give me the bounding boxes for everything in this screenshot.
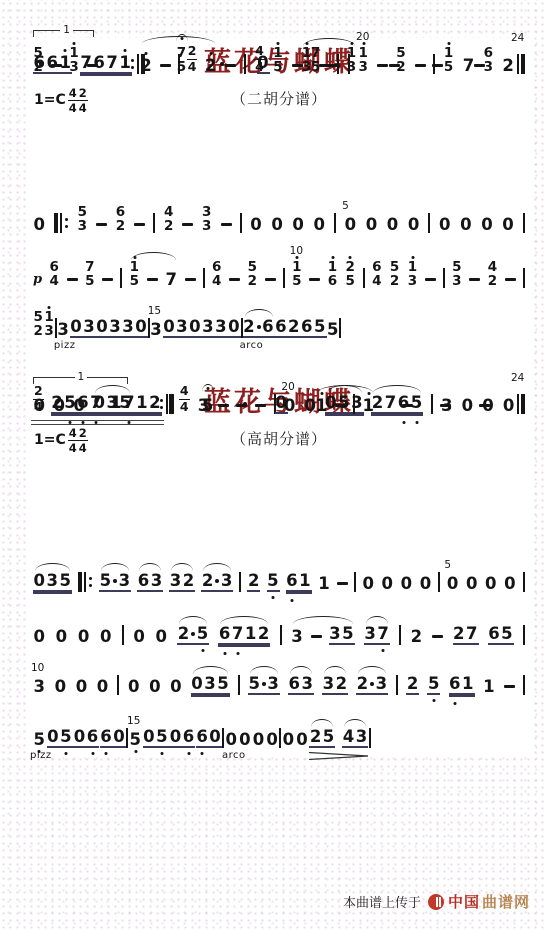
stack-bottom: 2 [163, 220, 174, 234]
note: 035 [33, 572, 72, 592]
note: 0 [170, 678, 183, 695]
note: 25 [309, 728, 335, 748]
note-digit: 0 [77, 628, 90, 645]
note-digit: 5 [119, 394, 132, 411]
slur-group: 11 [315, 394, 375, 414]
note-digit: 0 [465, 575, 478, 592]
note-row: 035 [33, 572, 72, 592]
note: 0 [502, 216, 515, 233]
note: 0 [365, 216, 378, 233]
note-digit: 0 [55, 628, 68, 645]
barline [337, 54, 339, 74]
bar-stroke [369, 728, 371, 748]
part-label: （高胡分谱） [34, 428, 524, 449]
note-row: 0 [365, 216, 378, 233]
slur-group: 035 [191, 675, 230, 695]
note: 60 [100, 728, 126, 748]
note: 16 [327, 261, 338, 288]
note: 53 [248, 675, 280, 695]
barline [203, 268, 205, 288]
note-row: 5 [327, 321, 340, 338]
repeat-dot [160, 406, 163, 409]
note-digit: 0 [386, 216, 399, 233]
note-digit: 3 [364, 625, 377, 642]
dash [335, 404, 346, 407]
bar-stroke [517, 54, 519, 74]
note-row: 0 [100, 628, 113, 645]
note-digit: 2 [247, 572, 260, 589]
note-row: 0 [239, 731, 252, 748]
note: 05 [143, 728, 169, 748]
note-row: 0 [439, 216, 452, 233]
note-digit: 6 [327, 275, 338, 289]
octave-dot-below [291, 599, 294, 602]
note-digit: 3 [150, 321, 163, 338]
note-digit: 5 [129, 731, 142, 748]
note: 1 [318, 575, 331, 592]
repeat-dot [131, 66, 134, 69]
note-row: 0 [53, 397, 66, 414]
dash [221, 223, 232, 226]
bar-stroke [337, 54, 339, 74]
note-digit: 3 [220, 572, 233, 589]
note: 13 [69, 47, 80, 74]
note-digit: 0 [70, 318, 83, 335]
note-digit: 5 [427, 675, 440, 692]
note-digit: 0 [502, 216, 515, 233]
note-digit: 0 [381, 575, 394, 592]
note-row: 0 [292, 216, 305, 233]
stack-bottom: 5 [129, 275, 140, 289]
bar-stroke [521, 394, 525, 414]
stack-bottom: 5 [85, 275, 96, 289]
dash [309, 278, 320, 281]
music-line: 0000002567123353722765 [33, 609, 525, 645]
stack-bottom: 4 [49, 275, 60, 289]
note-digit: 1 [318, 575, 331, 592]
stack-bottom: 3 [44, 325, 55, 339]
brand-name-rest: 曲谱网 [482, 891, 530, 912]
bar-stroke [117, 675, 119, 695]
note-digit: 0 [33, 216, 46, 233]
note-row: 3 [291, 628, 304, 645]
note: 15 [129, 261, 140, 288]
note: 30 [122, 318, 148, 338]
note-row: 0 [344, 216, 357, 233]
dash [311, 635, 322, 638]
note: 61 [449, 675, 475, 695]
note-digit: 3 [118, 572, 131, 589]
note: 0arco [225, 731, 238, 748]
bar-stroke [60, 213, 62, 233]
bar-stroke [339, 318, 341, 338]
note-row: 0 [446, 575, 459, 592]
note-row: 30 [215, 318, 241, 338]
note: 0 [257, 54, 270, 74]
slur-group: 1313 [301, 47, 357, 74]
note-digit: 6 [86, 728, 99, 745]
note: 32 [322, 675, 348, 695]
note-digit: 2 [335, 675, 348, 692]
octave-dot-above [349, 256, 352, 259]
slur-group: 25 [177, 625, 209, 645]
octave-dot-below [402, 421, 405, 424]
note-row: 5 [201, 397, 214, 414]
note: 0 [53, 397, 66, 414]
note: 6712 [218, 625, 270, 645]
bar-stroke [521, 54, 525, 74]
note-digit: 2 [182, 572, 195, 589]
note-digit: 3 [202, 318, 215, 335]
slur-group: 157 [129, 261, 178, 288]
note: 13 [44, 311, 55, 338]
note-row: 3 [57, 321, 70, 338]
note-digit: 6 [100, 728, 113, 745]
bar-stroke [84, 572, 86, 592]
note-digit: 3 [346, 61, 357, 75]
repeat-dot [89, 577, 92, 580]
note: 0 [127, 678, 140, 695]
dash [469, 278, 480, 281]
note-digit: 0 [135, 318, 148, 335]
dash [185, 278, 196, 281]
note-row: 0 [313, 216, 326, 233]
note-digit: 0 [155, 628, 168, 645]
note-digit: 2 [201, 572, 214, 589]
note-row: 0 [460, 216, 473, 233]
note-row: 0 [149, 678, 162, 695]
volta-label: 1 [60, 24, 73, 36]
bar-stroke [280, 625, 282, 645]
measure-number: 10 [290, 245, 303, 257]
dash [147, 278, 158, 281]
note: 62 [115, 206, 126, 233]
note-digit: 6 [288, 675, 301, 692]
barline [240, 213, 242, 233]
note: 23 [201, 572, 233, 592]
barline [120, 268, 122, 288]
note-digit: 0 [460, 216, 473, 233]
note-digit: 6 [196, 728, 209, 745]
note: 52 [389, 261, 400, 288]
note-digit: 3 [57, 321, 70, 338]
bar-stroke [523, 213, 525, 233]
note-row: 0 [170, 678, 183, 695]
note: 0 [275, 394, 288, 414]
note: 3 [291, 628, 304, 645]
note: 0 [386, 216, 399, 233]
note-row: 03 [189, 318, 215, 338]
score-erhu: 蓝花与蝴蝶 1=C 4424 （二胡分谱） 053624233000005000… [28, 38, 530, 378]
dash [182, 223, 193, 226]
note-digit: 0 [481, 216, 494, 233]
stack-bottom: 2 [487, 275, 498, 289]
bar-stroke [523, 572, 525, 592]
note: 5pizz [33, 731, 46, 748]
dash [96, 223, 107, 226]
octave-dot-above [367, 392, 370, 395]
note-digit: 2 [410, 628, 423, 645]
note-digit: 0 [266, 731, 279, 748]
note: 13 [407, 261, 418, 288]
bar-stroke [137, 54, 139, 74]
repeat-open [78, 572, 93, 592]
note-row: 23 [201, 572, 233, 592]
note-digit: 6 [449, 675, 462, 692]
score-paper: 蓝花与蝴蝶 1=C 4424 （二胡分谱） 053624233000005000… [28, 38, 530, 756]
note: 0 [439, 216, 452, 233]
note-digit: 5 [196, 625, 209, 642]
stack-bottom: 2 [33, 325, 44, 339]
note-digit: 0 [75, 678, 88, 695]
bar-stroke [239, 572, 241, 592]
note-digit: 0 [275, 394, 288, 411]
note: 0 [485, 575, 498, 592]
note: 26arco [243, 318, 275, 338]
note-digit: 5 [85, 275, 96, 289]
octave-dot-below [69, 421, 72, 424]
note-digit: 1 [315, 397, 328, 414]
note-row: 5 [129, 731, 142, 748]
repeat-dot [65, 218, 68, 221]
note-row: 37 [364, 625, 390, 645]
note: 0 [73, 397, 86, 414]
note-row: 035 [191, 675, 230, 695]
note-digit: 0 [170, 678, 183, 695]
bar-stroke [203, 268, 205, 288]
note-digit: 2 [487, 275, 498, 289]
note-row: 53 [248, 675, 280, 695]
note-digit: 5 [322, 728, 335, 745]
slur-group: 53 [248, 675, 280, 695]
note-row: 06 [169, 728, 195, 748]
note: 64 [372, 261, 383, 288]
barline [153, 213, 155, 233]
note-row: 3 [150, 321, 163, 338]
measure-number: 5 [342, 200, 349, 212]
note-row: 61 [449, 675, 475, 695]
note-digit: 0 [228, 318, 241, 335]
note-digit: 0 [73, 728, 86, 745]
measure-number: 24 [511, 32, 524, 44]
repeat-dots [89, 577, 92, 587]
note-digit: 0 [407, 216, 420, 233]
note: 0 [362, 575, 375, 592]
note-row: 0 [271, 216, 284, 233]
note-digit: 2 [406, 675, 419, 692]
note: 03 [163, 318, 189, 338]
octave-dot-above [73, 42, 76, 45]
note-digit: 3 [204, 675, 217, 692]
bar-stroke [363, 268, 365, 288]
bar-stroke [238, 675, 240, 695]
note: 03 [70, 318, 96, 338]
note-digit: 5 [342, 625, 355, 642]
note-digit: 3 [202, 220, 213, 234]
note-digit: 6 [218, 625, 231, 642]
dash [67, 278, 78, 281]
note-digit: 5 [217, 675, 230, 692]
stack-bottom: 2 [33, 61, 44, 75]
dash [389, 64, 400, 67]
note: 03 [189, 318, 215, 338]
note-row: 0 [386, 216, 399, 233]
stack-bottom: 3 [452, 275, 463, 289]
note-row: 0 [481, 216, 494, 233]
octave-dot-above [411, 256, 414, 259]
note-digit: 6 [301, 318, 314, 335]
note: 06 [73, 728, 99, 748]
note-row: 0 [257, 54, 270, 74]
dash [479, 404, 490, 407]
fermata-icon [202, 384, 214, 392]
dot-after [113, 579, 117, 583]
bar-stroke [170, 394, 174, 414]
barline [353, 394, 355, 414]
note-row: 1 [318, 575, 331, 592]
dash [87, 64, 98, 67]
note-digit: 5 [292, 275, 303, 289]
dot-after [257, 325, 261, 329]
note-row: 1 [315, 397, 328, 414]
barline [428, 213, 430, 233]
stack-bottom: 5 [345, 275, 356, 289]
note-row: 62 [275, 318, 301, 338]
note-digit: 2 [243, 318, 256, 335]
note-digit: 0 [225, 731, 238, 748]
note: 63 [137, 572, 163, 592]
note: 62 [275, 318, 301, 338]
slur-group: 63 [288, 675, 314, 695]
note-digit: 7 [165, 271, 178, 288]
barline [334, 213, 336, 233]
note-row: 0 [282, 731, 295, 748]
note: 1510 [292, 261, 303, 288]
note: 05 [446, 575, 459, 592]
note-row: 1 [483, 678, 496, 695]
bar-stroke [283, 268, 285, 288]
note-digit: 1 [462, 675, 475, 692]
note-row: 63 [137, 572, 163, 592]
dash [440, 404, 451, 407]
note: 75 [85, 261, 96, 288]
note-digit: 0 [163, 318, 176, 335]
octave-dot-below [201, 752, 204, 755]
repeat-dot [131, 59, 134, 62]
note-row: 25 [309, 728, 335, 748]
note-row: 25 [177, 625, 209, 645]
note-row: 60 [196, 728, 222, 748]
volta-group: 1000035 [33, 392, 132, 414]
note: 2 [410, 628, 423, 645]
note-digit: 0 [344, 216, 357, 233]
slur-group: 26arco [243, 318, 275, 338]
note-digit: 0 [365, 216, 378, 233]
note-digit: 2 [33, 325, 44, 339]
measure-number: 15 [127, 715, 140, 727]
note: 42 [163, 206, 174, 233]
note-digit: 3 [267, 675, 280, 692]
note: 75 [176, 47, 187, 74]
note-digit: 0 [239, 731, 252, 748]
bar-stroke [120, 268, 122, 288]
note: 0 [407, 216, 420, 233]
note-row: 65 [488, 625, 514, 645]
dash [265, 278, 276, 281]
stack-bottom: 5 [292, 275, 303, 289]
note: 0 [460, 216, 473, 233]
note-digit: 3 [215, 318, 228, 335]
note: 0 [400, 575, 413, 592]
note-row: 26 [243, 318, 275, 338]
note-row: 6712 [218, 625, 270, 645]
note-row: 0 [54, 678, 67, 695]
note-row: 27 [453, 625, 479, 645]
note-digit: 6 [182, 728, 195, 745]
note: 1 [362, 397, 375, 414]
dash [337, 582, 348, 585]
note: 515 [129, 731, 142, 748]
octave-dot-below [161, 752, 164, 755]
slur-group: 25 [309, 728, 335, 748]
note: 0 [504, 575, 517, 592]
bar-stroke [122, 625, 124, 645]
bar-stroke [399, 625, 401, 645]
note: 05 [47, 728, 73, 748]
note-digit: 7 [377, 625, 390, 642]
octave-dot-below [134, 750, 137, 753]
note-row: 65 [301, 318, 327, 338]
slur-group: 37 [364, 625, 390, 645]
barline [117, 675, 119, 695]
octave-dot-below [95, 421, 98, 424]
measure-number: 10 [31, 662, 44, 674]
note-digit: 5 [267, 572, 280, 589]
note-row: 23 [356, 675, 388, 695]
note-digit: 5 [248, 675, 261, 692]
repeat-dots [131, 59, 134, 69]
music-line: 5pizz0506605150506600arco000002543 [33, 712, 371, 748]
note-digit: 3 [46, 572, 59, 589]
note-row: 2 [406, 675, 419, 695]
dot-after [220, 62, 224, 66]
decrescendo-group: 2543 [309, 728, 368, 748]
stack-bottom: 6 [327, 275, 338, 289]
note-digit: 3 [329, 625, 342, 642]
note-digit: 0 [419, 575, 432, 592]
dynamic-label: p [33, 272, 42, 287]
note-row: 05 [143, 728, 169, 748]
note-digit: 6 [488, 625, 501, 642]
note: 0 [296, 731, 309, 748]
note: 27 [453, 625, 479, 645]
octave-dot-below [382, 649, 385, 652]
note-row: 0 [419, 575, 432, 592]
note-row: 0 [465, 575, 478, 592]
dash [504, 685, 515, 688]
note-digit: 0 [485, 575, 498, 592]
site-logo: 中国 曲谱网 [428, 891, 530, 912]
note-digit: 0 [313, 216, 326, 233]
note: 0 [33, 628, 46, 645]
note-digit: 0 [54, 678, 67, 695]
dash [505, 278, 516, 281]
note: 7 [165, 271, 178, 288]
measure-number: 5 [444, 559, 451, 571]
octave-dot-below [187, 752, 190, 755]
dot-after [370, 682, 374, 686]
stack-bottom: 3 [301, 61, 312, 75]
